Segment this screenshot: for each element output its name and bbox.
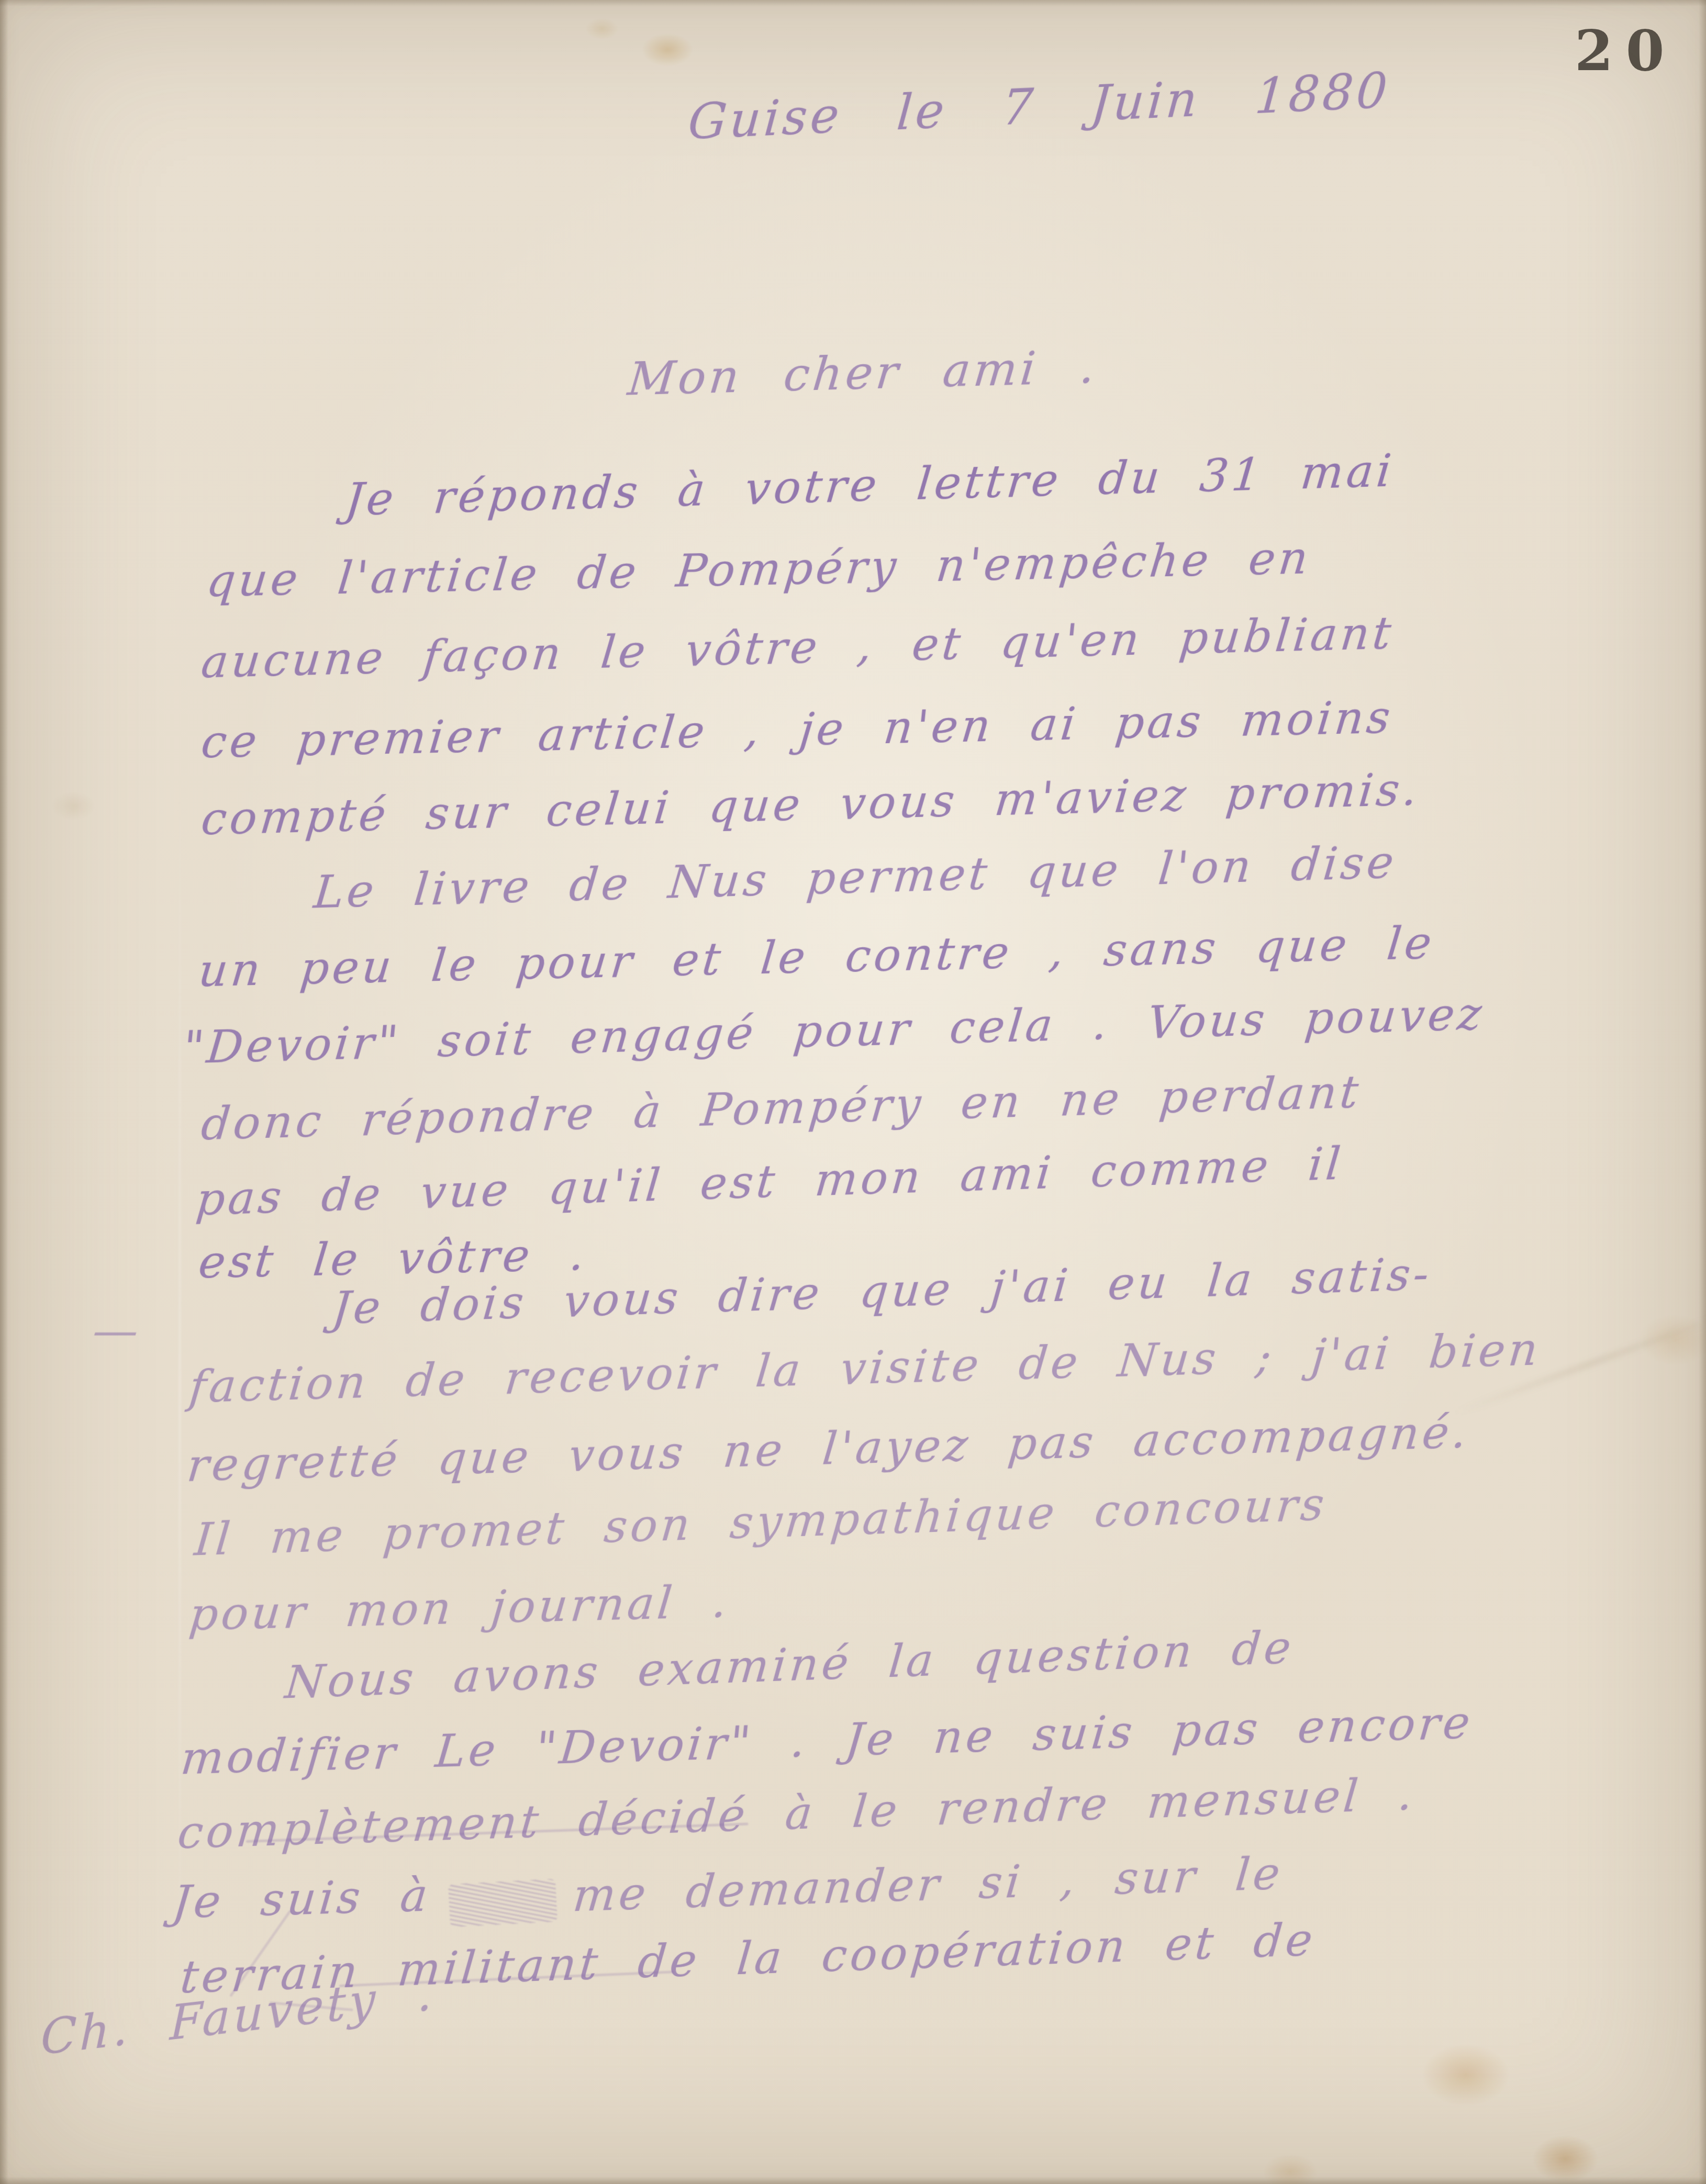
letter-line: que l'article de Pompéry n'empêche en: [204, 532, 1313, 607]
letter-line: faction de recevoir la visite de Nus ; j…: [187, 1323, 1543, 1413]
letter-line: ce premier article , je n'en ai pas moin…: [199, 691, 1396, 768]
letter-line: Il me promet son sympathique concours: [192, 1478, 1329, 1566]
page-number-stamp: 20: [1575, 18, 1677, 83]
letter-page: 20 Guise le 7 Juin 1880 Mon cher ami . J…: [0, 0, 1706, 2184]
letter-line: compté sur celui que vous m'aviez promis…: [199, 763, 1423, 845]
letter-line: donc répondre à Pompéry en ne perdant: [199, 1066, 1364, 1150]
salutation: Mon cher ami .: [626, 339, 1100, 406]
letter-line: aucune façon le vôtre , et qu'en publian…: [199, 607, 1397, 688]
letter-line: complètement décidé à le rendre mensuel …: [175, 1768, 1418, 1860]
letter-line: regretté que vous ne l'ayez pas accompag…: [185, 1406, 1472, 1492]
letter-line: Je suis à: [170, 1869, 433, 1929]
dateline: Guise le 7 Juin 1880: [686, 62, 1392, 150]
letter-line: "Devoir" soit engagé pour cela . Vous po…: [181, 988, 1487, 1074]
letter-line: —: [90, 1304, 144, 1357]
letter-line: Le livre de Nus permet que l'on dise: [311, 836, 1399, 919]
letter-line: pas de vue qu'il est mon ami comme il: [194, 1137, 1346, 1226]
letter-line: un peu le pour et le contre , sans que l…: [196, 916, 1437, 997]
scribbled-out-word: [448, 1879, 557, 1928]
letter-line: Je réponds à votre lettre du 31 mai: [343, 444, 1397, 526]
letter-line: me demander si , sur le: [571, 1847, 1285, 1922]
letter-line: pour mon journal .: [187, 1575, 732, 1641]
